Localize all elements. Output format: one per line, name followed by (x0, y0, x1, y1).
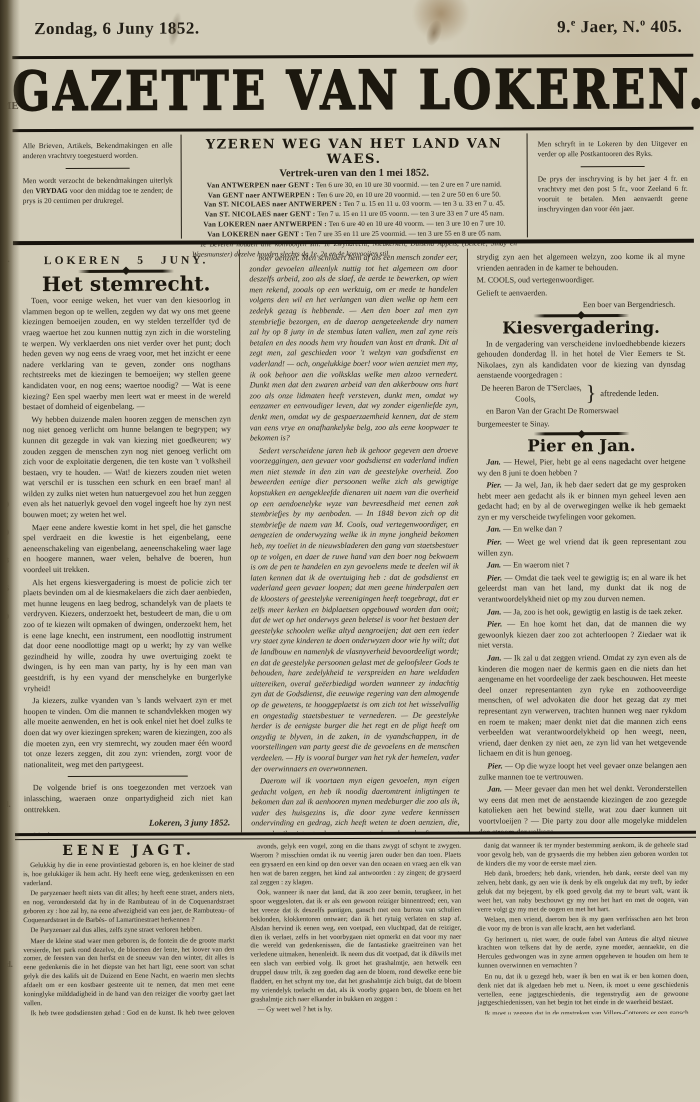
paragraph: Ook, wanneer ik naer dat land, dat ik zo… (250, 889, 461, 1006)
paragraph: Gy herinnert u, niet waer, de oude fabel… (477, 935, 688, 971)
paragraph: Ja kiezers, zulke vyanden van 's lands w… (24, 696, 233, 771)
paragraph: Sedert verscheidene jaren heb ik gehoor … (250, 445, 459, 774)
dialogue-line: Pier. — En hoe komt het dan, dat de mann… (478, 619, 686, 652)
paragraph: avonds, gelyk een vogel, zong en die tha… (250, 843, 461, 888)
notice-text: Men schryft in te Lokeren by den Uitgeve… (538, 139, 688, 160)
dateline: LOKEREN 5 JUNY. (22, 255, 230, 266)
price-notice: De prys der inschryving is by het jaer 4… (538, 174, 688, 215)
feuilleton-text: Gelukkig hy die in eene provintiestad ge… (23, 861, 235, 1016)
paragraph: Ik heb twee godsdiensten gehad : God en … (24, 1010, 235, 1016)
newspaper-page: { "masthead": { "date": "Zondag, 6 Juny … (0, 0, 700, 1102)
candidate-extra: burgemeester te Sinay. (477, 419, 685, 430)
feuilleton-text: danig dat wanneer ik ter mynder bestemmi… (477, 842, 689, 1015)
headline-kiesvergadering: Kiesvergadering. (477, 323, 685, 334)
issue-part: Jaer, N. (576, 17, 640, 36)
candidate-name: De heeren Baron de T'Serclaes, (481, 383, 582, 394)
ornament-rule (533, 314, 629, 317)
dialogue-line: Pier. — Weet ge wel vriend dat ik geen r… (478, 537, 686, 559)
ornament-rule (78, 269, 174, 272)
page-header: Zondag, 6 Juny 1852. 9.e Jaer, N.o 405. (34, 17, 682, 39)
brace: } (586, 388, 597, 399)
dialogue-line: Jan. — Meer gevaer dan men het wel denkt… (478, 784, 687, 832)
feuilleton: EENE JAGT. Gelukkig hy die in eene provi… (15, 842, 697, 1016)
article-het-stemrecht: Toen, voor eenige weken, het vuer van de… (22, 296, 232, 771)
feuilleton-column-2: avonds, gelyk een vogel, zong en die tha… (242, 843, 470, 1016)
candidate-names: De heeren Baron de T'Serclaes, Cools, (481, 383, 582, 405)
column-2: boer aenziet. Men schildert hem af als e… (239, 249, 468, 833)
divider (68, 776, 188, 777)
paragraph: boer aenziet. Men schildert hem af als e… (249, 253, 458, 444)
double-rule (15, 831, 696, 840)
issue-part: 9. (557, 17, 571, 36)
correspondence-notice: Alle Brieven, Artikels, Bekendmakingen e… (13, 135, 181, 240)
paragraph: Ik moet u zeggen dat in de omstreken van… (478, 1010, 689, 1015)
letter-valediction: Gelieft te aenvaerden. (477, 288, 685, 299)
paragraph: Heb dank, broeders; heb dank, vrienden, … (477, 870, 688, 915)
letter-closing: strydig zyn aen het algemeen welzyn, zoo… (477, 252, 685, 274)
letter-body: boer aenziet. Men schildert hem af als e… (249, 253, 459, 833)
paragraph: Daerom wil ik voortaen myn eigen gevoele… (251, 776, 460, 833)
column-1: LOKEREN 5 JUNY. Het stemrecht. Toen, voo… (13, 249, 241, 833)
notice-bold: VRYDAG (35, 186, 67, 195)
divider (581, 166, 645, 167)
paragraph: Wy hebben duizende malen hooren zeggen d… (23, 414, 232, 521)
issue-number: 9.e Jaer, N.o 405. (557, 17, 682, 37)
dialogue-line: Jan. — Hewel, Pier, hebt ge al eens nage… (477, 457, 685, 479)
paragraph: Maer eene andere kwestie komt in het spe… (23, 522, 232, 576)
dialogue-line: Pier. — Op die wyze loopt het veel gevae… (478, 761, 686, 783)
dialogue-line: Pier. — Omdat die taek veel te gewigtig … (478, 573, 686, 606)
dialogue-line: Pier. — Ja wel, Jan, ik heb daer sedert … (477, 480, 685, 523)
letter-signature: M. COOLS, oud vertegenwoordiger. (477, 275, 685, 286)
paragraph: Als het ergens kiesvergadering is moest … (23, 577, 232, 694)
subscription-notice: Men schryft in te Lokeren by den Uitgeve… (528, 133, 694, 238)
schedule-lines: Van ANTWERPEN naer GENT : Ten 6 ure 30, … (192, 180, 517, 239)
printed-page: Zondag, 6 Juny 1852. 9.e Jaer, N.o 405. … (0, 0, 700, 1102)
candidate-label: aftredende leden. (600, 388, 659, 399)
divider (66, 168, 130, 169)
paragraph: Gelukkig hy die in eene provintiestad ge… (23, 861, 234, 888)
paragraph: Toen, voor eenige weken, het vuer van de… (22, 296, 231, 413)
feuilleton-column-3: danig dat wanneer ik ter mynder bestemmi… (469, 842, 697, 1015)
headline-pier-en-jan: Pier en Jan. (477, 441, 685, 452)
masthead-info-row: Alle Brieven, Artikels, Bekendmakingen e… (13, 133, 694, 239)
railway-schedule: YZEREN WEG VAN HET LAND VAN WAES. Vertre… (181, 133, 528, 238)
feuilleton-column-1: EENE JAGT. Gelukkig hy die in eene provi… (15, 843, 243, 1016)
dialogue-pier-en-jan: Jan. — Hewel, Pier, hebt ge al eens nage… (477, 457, 687, 832)
candidate-name: Cools, (481, 394, 582, 405)
candidate-list: De heeren Baron de T'Serclaes, Cools, } … (481, 383, 685, 405)
paragraph: danig dat wanneer ik ter mynder bestemmi… (477, 842, 688, 869)
paragraph: En nu, dat ik u gezegd heb, waer ik ben … (477, 973, 688, 1009)
advert-rate-notice: Men wordt verzocht de bekendmakingen uit… (23, 176, 173, 207)
dialogue-line: Jan. — Ik zal u dat zeggen vriend. Omdat… (478, 653, 687, 760)
issue-part: 405. (646, 17, 683, 36)
paragraph: De paryzenaer heeft niets van dit alles;… (23, 890, 234, 926)
schedule-title: YZEREN WEG VAN HET LAND VAN WAES. (192, 136, 517, 167)
notice-text: Alle Brieven, Artikels, Bekendmakingen e… (23, 141, 173, 162)
paragraph: Maer de kleine stad waer men geboren is,… (23, 937, 234, 1009)
newspaper-title: GAZETTE VAN LOKEREN. (12, 52, 693, 135)
ornament-rule (533, 432, 629, 435)
dialogue-line: Jan. — En welke dan ? (478, 524, 686, 535)
schedule-line: Van LOKEREN naer GENT : Ten 7 ure 35 en … (192, 229, 517, 240)
letter-dateline: Lokeren, 3 juny 1852. (24, 818, 230, 829)
paragraph: Welaen, men vriend, daerom ben ik my gae… (477, 916, 688, 935)
dialogue-line: Jan. — Ja, zoo is het ook, gewigtig en l… (478, 606, 686, 617)
dialogue-line: Jan. — En waerom niet ? (478, 560, 686, 571)
headline-het-stemrecht: Het stemrecht. (22, 278, 230, 289)
book-spine-edge (0, 0, 20, 1102)
schedule-subtitle: Vertrek-uren van den 1 mei 1852. (192, 167, 517, 179)
column-3: strydig zyn aen het algemeen welzyn, zoo… (467, 248, 696, 832)
candidate-extra: en Baron Van der Gracht De Romerswael (477, 406, 685, 417)
letter-intro: De volgende brief is ons toegezonden met… (24, 783, 232, 816)
meeting-paragraph: In de vergadering van verscheidene invlo… (477, 338, 685, 381)
article-columns: LOKEREN 5 JUNY. Het stemrecht. Toen, voo… (13, 248, 696, 833)
feuilleton-title: EENE JAGT. (23, 846, 234, 856)
paragraph: De Paryzenaer zal dus alles, zelfs zyne … (23, 927, 234, 937)
paragraph: — Gy weet wel ? het is hy. (251, 1006, 462, 1015)
feuilleton-text: avonds, gelyk een vogel, zong en die tha… (250, 843, 462, 1016)
schedule-line: Van LOKEREN naer ANTWERPEN : Ten 6 ure 4… (192, 219, 517, 230)
